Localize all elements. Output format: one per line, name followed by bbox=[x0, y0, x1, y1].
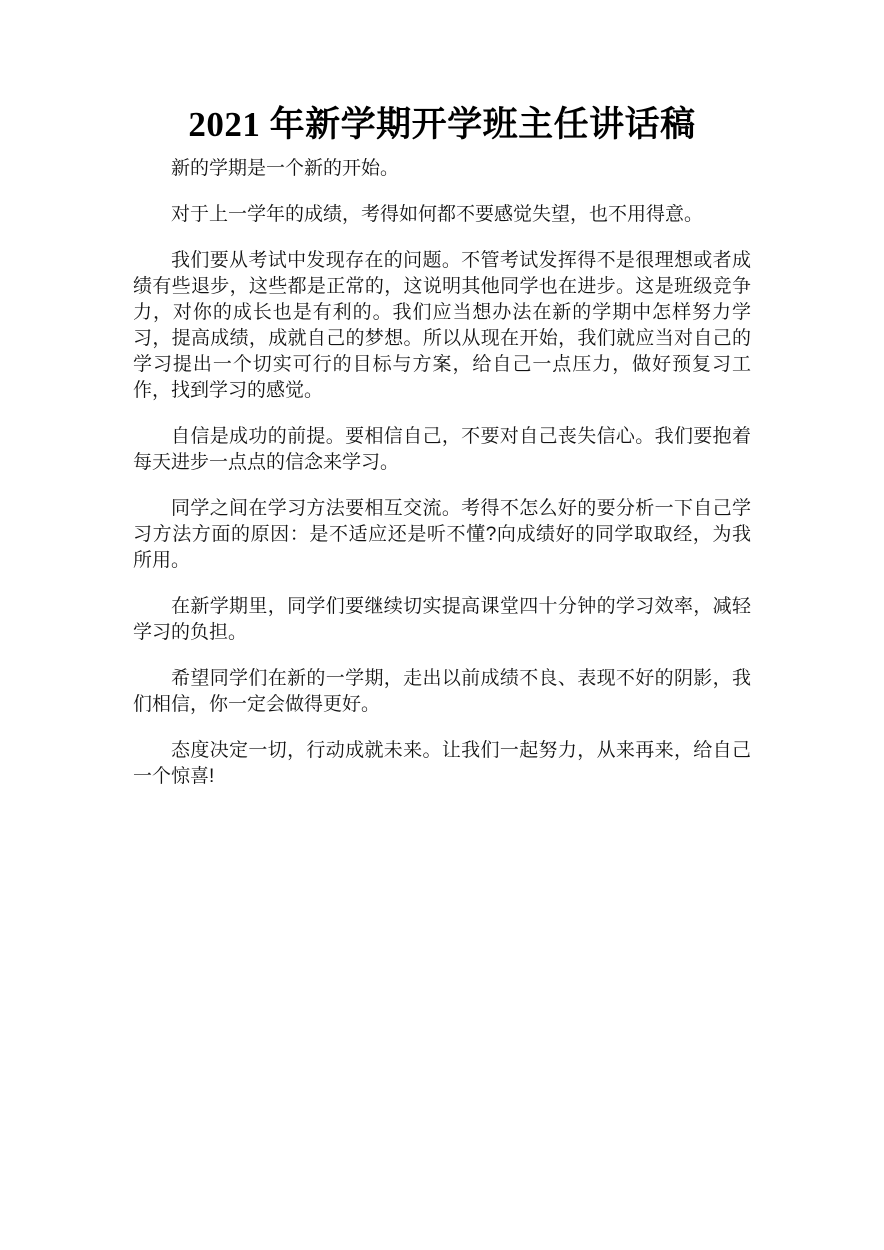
paragraph: 自信是成功的前提。要相信自己，不要对自己丧失信心。我们要抱着每天进步一点点的信念… bbox=[133, 424, 751, 476]
paragraph: 新的学期是一个新的开始。 bbox=[133, 156, 751, 182]
document-body: 新的学期是一个新的开始。对于上一学年的成绩，考得如何都不要感觉失望，也不用得意。… bbox=[133, 156, 751, 790]
paragraph: 我们要从考试中发现存在的问题。不管考试发挥得不是很理想或者成绩有些退步，这些都是… bbox=[133, 248, 751, 404]
paragraph: 希望同学们在新的一学期，走出以前成绩不良、表现不好的阴影，我们相信，你一定会做得… bbox=[133, 666, 751, 718]
paragraph: 对于上一学年的成绩，考得如何都不要感觉失望，也不用得意。 bbox=[133, 202, 751, 228]
paragraph: 在新学期里，同学们要继续切实提高课堂四十分钟的学习效率，减轻学习的负担。 bbox=[133, 594, 751, 646]
document-title: 2021 年新学期开学班主任讲话稿 bbox=[133, 104, 751, 146]
document-page: 2021 年新学期开学班主任讲话稿 新的学期是一个新的开始。对于上一学年的成绩，… bbox=[0, 0, 884, 1250]
paragraph: 同学之间在学习方法要相互交流。考得不怎么好的要分析一下自己学习方法方面的原因：是… bbox=[133, 496, 751, 574]
paragraph: 态度决定一切，行动成就未来。让我们一起努力，从来再来，给自己一个惊喜! bbox=[133, 738, 751, 790]
